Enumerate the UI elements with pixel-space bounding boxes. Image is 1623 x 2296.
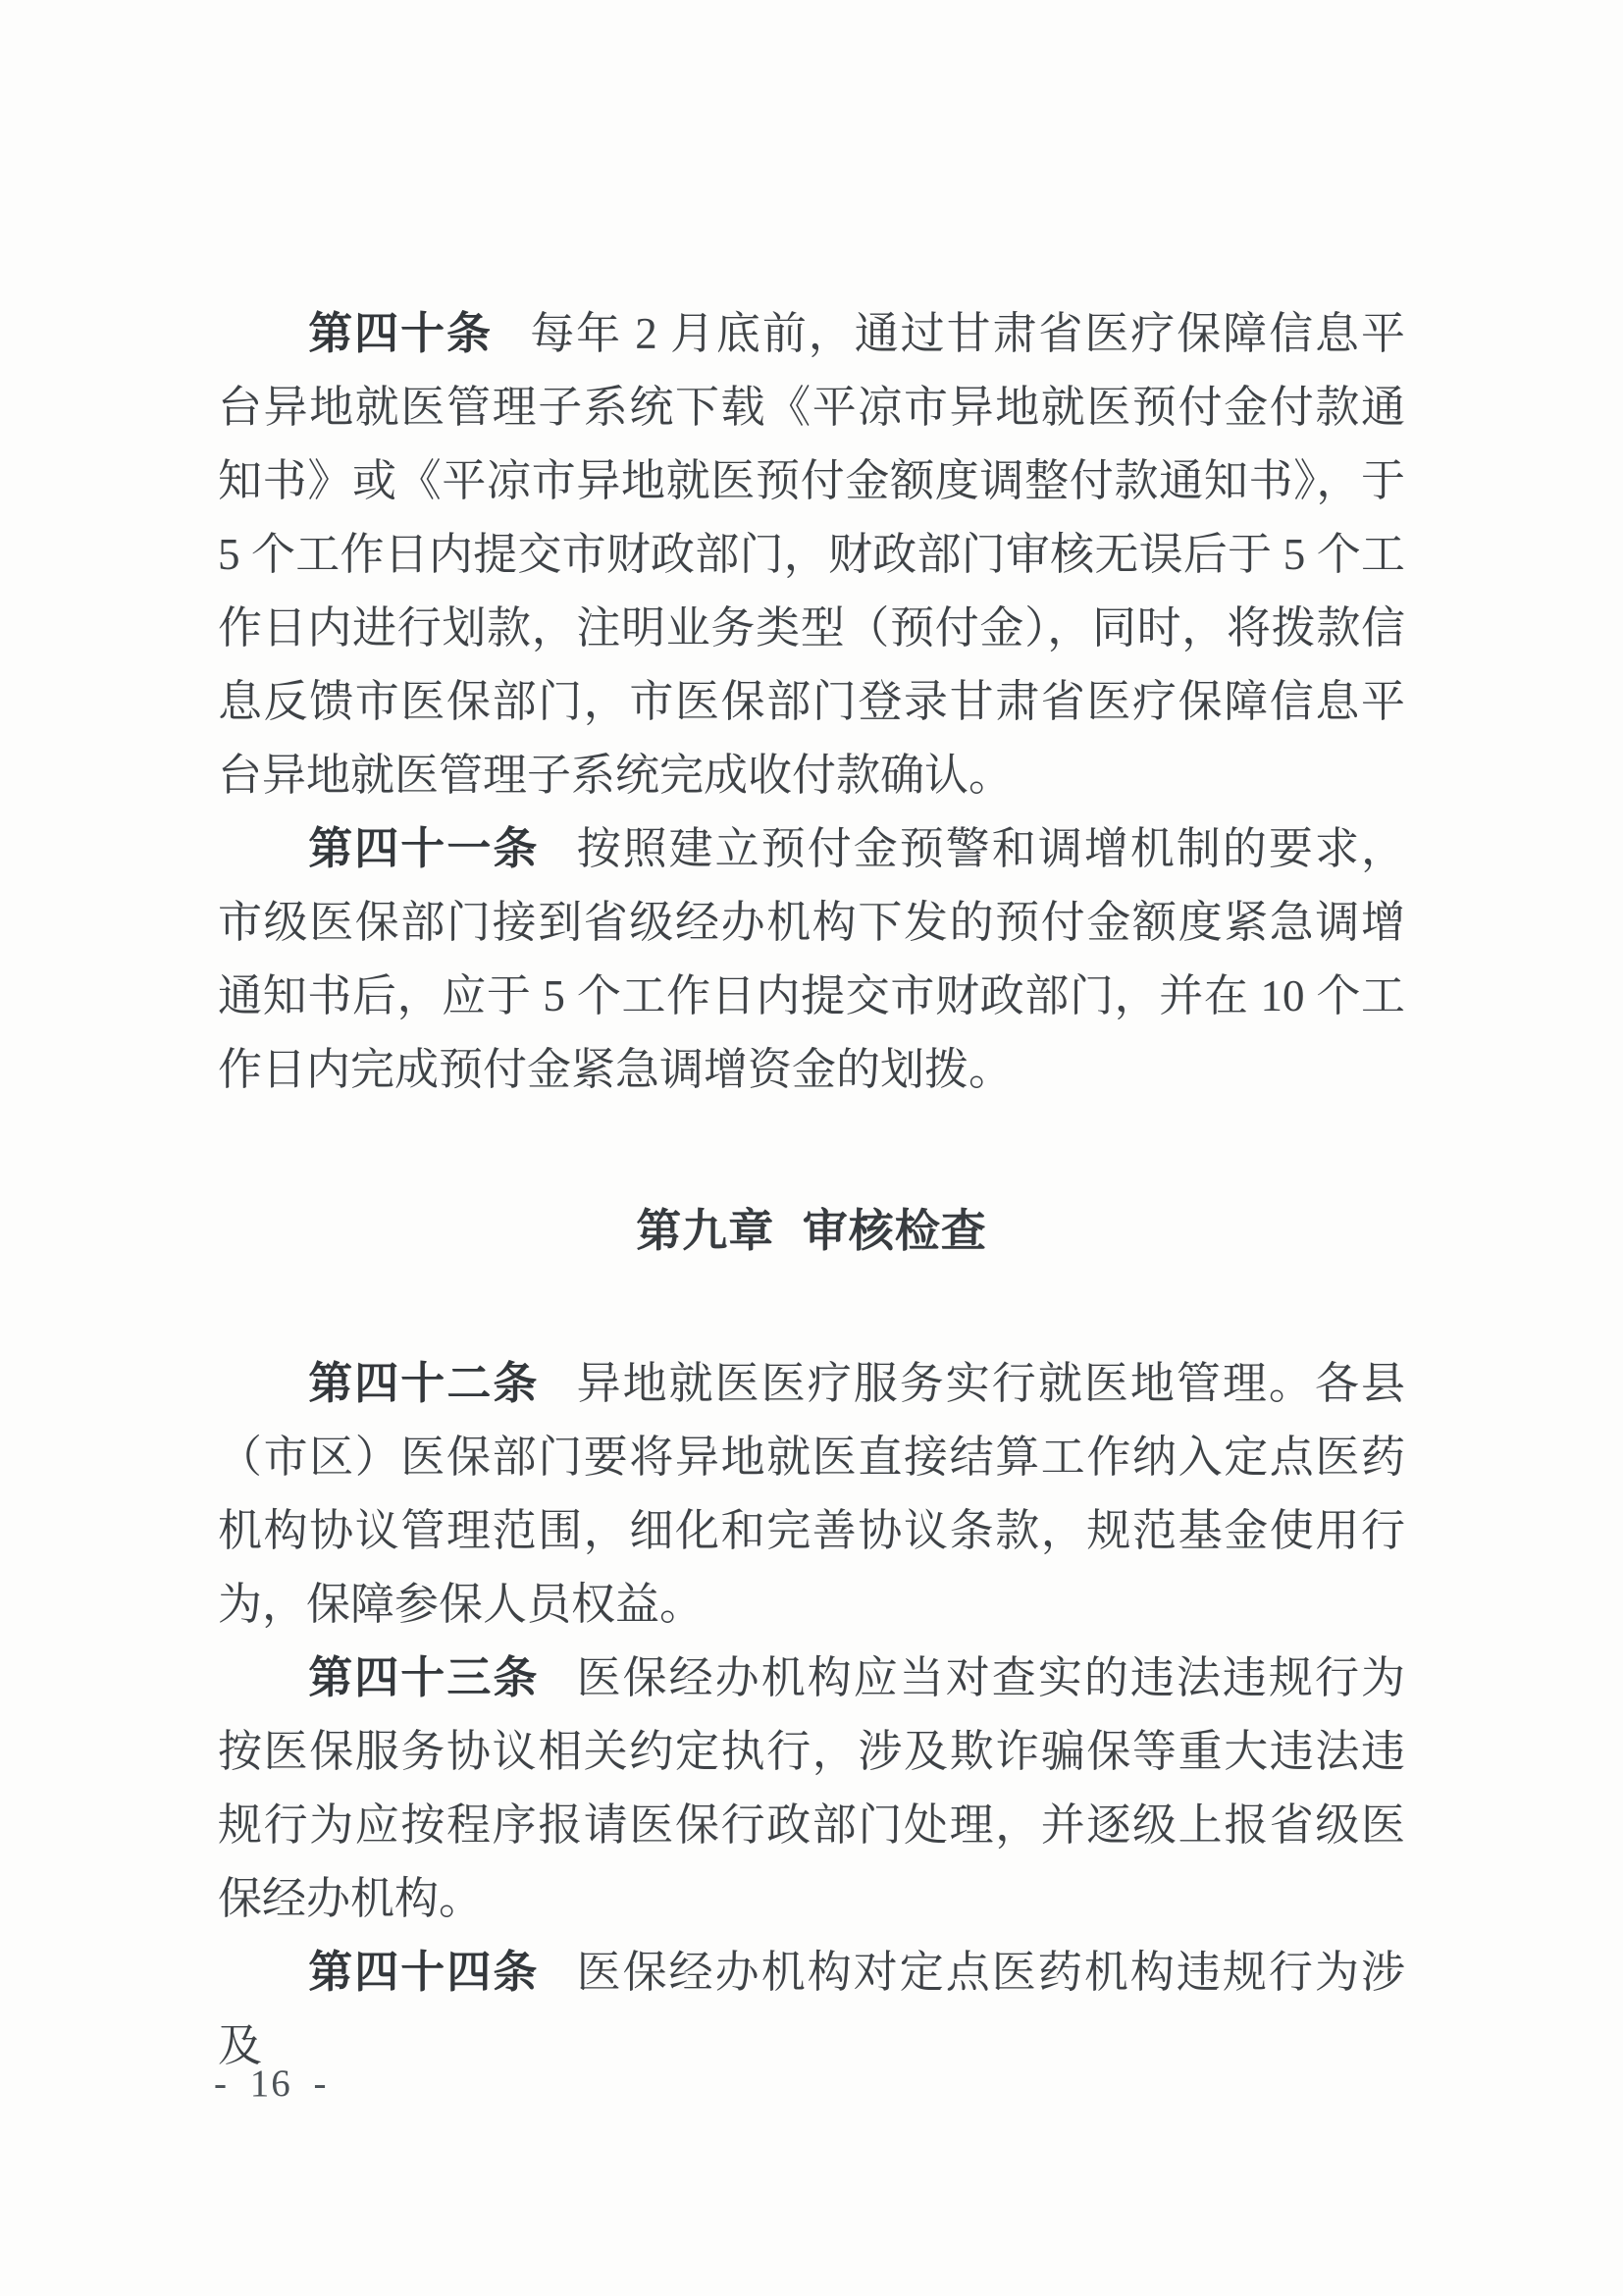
article-paragraph: 第四十一条按照建立预付金预警和调增机制的要求，市级医保部门接到省级经办机构下发的…: [218, 812, 1405, 1107]
chapter-heading: 第九章审核检查: [218, 1194, 1405, 1268]
document-body: 第四十条每年 2 月底前，通过甘肃省医疗保障信息平台异地就医管理子系统下载《平凉…: [218, 297, 1405, 2083]
chapter-title: 审核检查: [803, 1205, 987, 1256]
page-number: - 16 -: [214, 2061, 328, 2108]
article-number: 第四十一条: [308, 824, 539, 873]
article-paragraph: 第四十条每年 2 月底前，通过甘肃省医疗保障信息平台异地就医管理子系统下载《平凉…: [218, 297, 1405, 812]
article-text: 每年 2 月底前，通过甘肃省医疗保障信息平台异地就医管理子系统下载《平凉市异地就…: [218, 309, 1405, 800]
document-page: 第四十条每年 2 月底前，通过甘肃省医疗保障信息平台异地就医管理子系统下载《平凉…: [0, 0, 1623, 2296]
article-paragraph: 第四十三条医保经办机构应当对查实的违法违规行为按医保服务协议相关约定执行，涉及欺…: [218, 1642, 1405, 1936]
article-number: 第四十三条: [308, 1653, 539, 1702]
article-paragraph: 第四十四条医保经办机构对定点医药机构违规行为涉及: [218, 1936, 1405, 2083]
article-paragraph: 第四十二条异地就医医疗服务实行就医地管理。各县（市区）医保部门要将异地就医直接结…: [218, 1347, 1405, 1642]
article-number: 第四十二条: [308, 1359, 539, 1408]
article-number: 第四十条: [308, 309, 493, 358]
chapter-number: 第九章: [636, 1205, 774, 1256]
article-number: 第四十四条: [308, 1948, 539, 1997]
